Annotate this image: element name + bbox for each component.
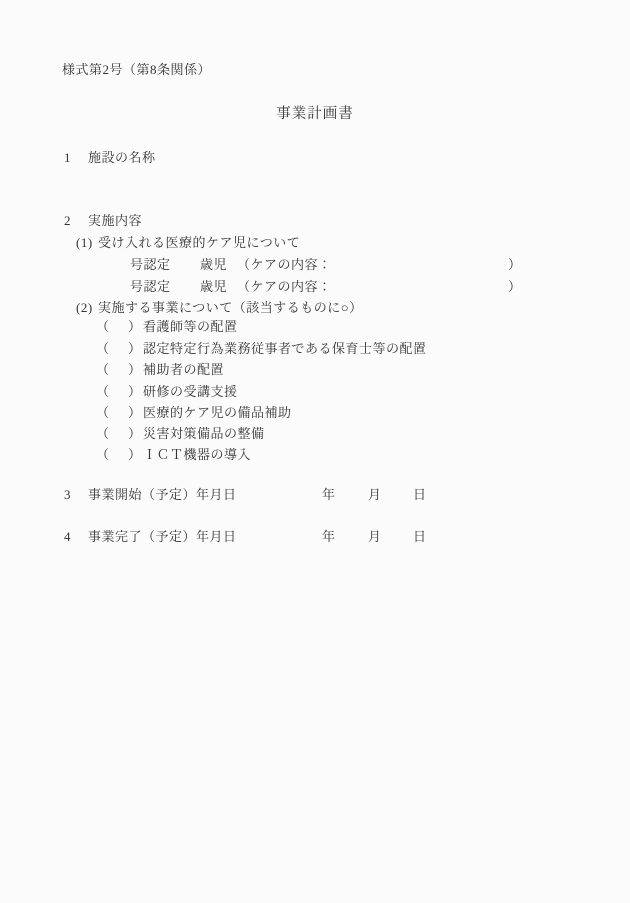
section-3-number: 3 [64,488,71,502]
checkbox-close-paren: ） [128,427,142,441]
checkbox-item-label: 補助者の配置 [143,363,224,377]
document-page: 様式第2号（第8条関係） 事業計画書 1 施設の名称 2 実施内容 (1) 受け… [0,0,630,903]
section-2-number: 2 [64,214,71,228]
care-content-label: （ケアの内容： [237,280,332,294]
day-unit-label: 日 [413,530,427,544]
checkbox-close-paren: ） [128,385,142,399]
checkbox-close-paren: ） [128,448,142,462]
age-blank-label: 歳児 [200,258,227,272]
checkbox-open-paren: （ [96,448,110,462]
month-unit-label: 月 [368,488,382,502]
checkbox-close-paren: ） [128,406,142,420]
section-4-number: 4 [64,530,71,544]
checkbox-open-paren: （ [96,342,110,356]
page-title: 事業計画書 [0,107,630,121]
checkbox-item-label: 看護師等の配置 [143,320,238,334]
checkbox-open-paren: （ [96,406,110,420]
checkbox-open-paren: （ [96,385,110,399]
checkbox-open-paren: （ [96,320,110,334]
checkbox-item-label: 認定特定行為業務従事者である保育士等の配置 [143,342,427,356]
section-4-label: 事業完了（予定）年月日 [88,530,237,544]
month-unit-label: 月 [368,530,382,544]
checkbox-item-label: 研修の受講支援 [143,385,238,399]
year-unit-label: 年 [322,530,336,544]
subsection-1-number: (1) [76,236,93,250]
day-unit-label: 日 [413,488,427,502]
year-unit-label: 年 [322,488,336,502]
checkbox-open-paren: （ [96,427,110,441]
subsection-2-number: (2) [76,301,93,315]
care-close-paren: ） [508,258,522,272]
care-content-label: （ケアの内容： [237,258,332,272]
certification-blank-label: 号認定 [130,258,171,272]
checkbox-item-label: ＩＣＴ機器の導入 [143,448,251,462]
checkbox-item-label: 医療的ケア児の備品補助 [143,406,292,420]
subsection-2-label: 実施する事業について（該当するものに○） [98,301,363,315]
section-1-label: 施設の名称 [88,151,156,165]
age-blank-label: 歳児 [200,280,227,294]
section-3-label: 事業開始（予定）年月日 [88,488,237,502]
subsection-1-label: 受け入れる医療的ケア児について [98,236,300,250]
checkbox-close-paren: ） [128,363,142,377]
checkbox-close-paren: ） [128,342,142,356]
section-1-number: 1 [64,151,71,165]
care-close-paren: ） [508,280,522,294]
certification-blank-label: 号認定 [130,280,171,294]
checkbox-open-paren: （ [96,363,110,377]
form-number: 様式第2号（第8条関係） [62,63,211,77]
checkbox-item-label: 災害対策備品の整備 [143,427,265,441]
section-2-label: 実施内容 [88,214,142,228]
checkbox-close-paren: ） [128,320,142,334]
